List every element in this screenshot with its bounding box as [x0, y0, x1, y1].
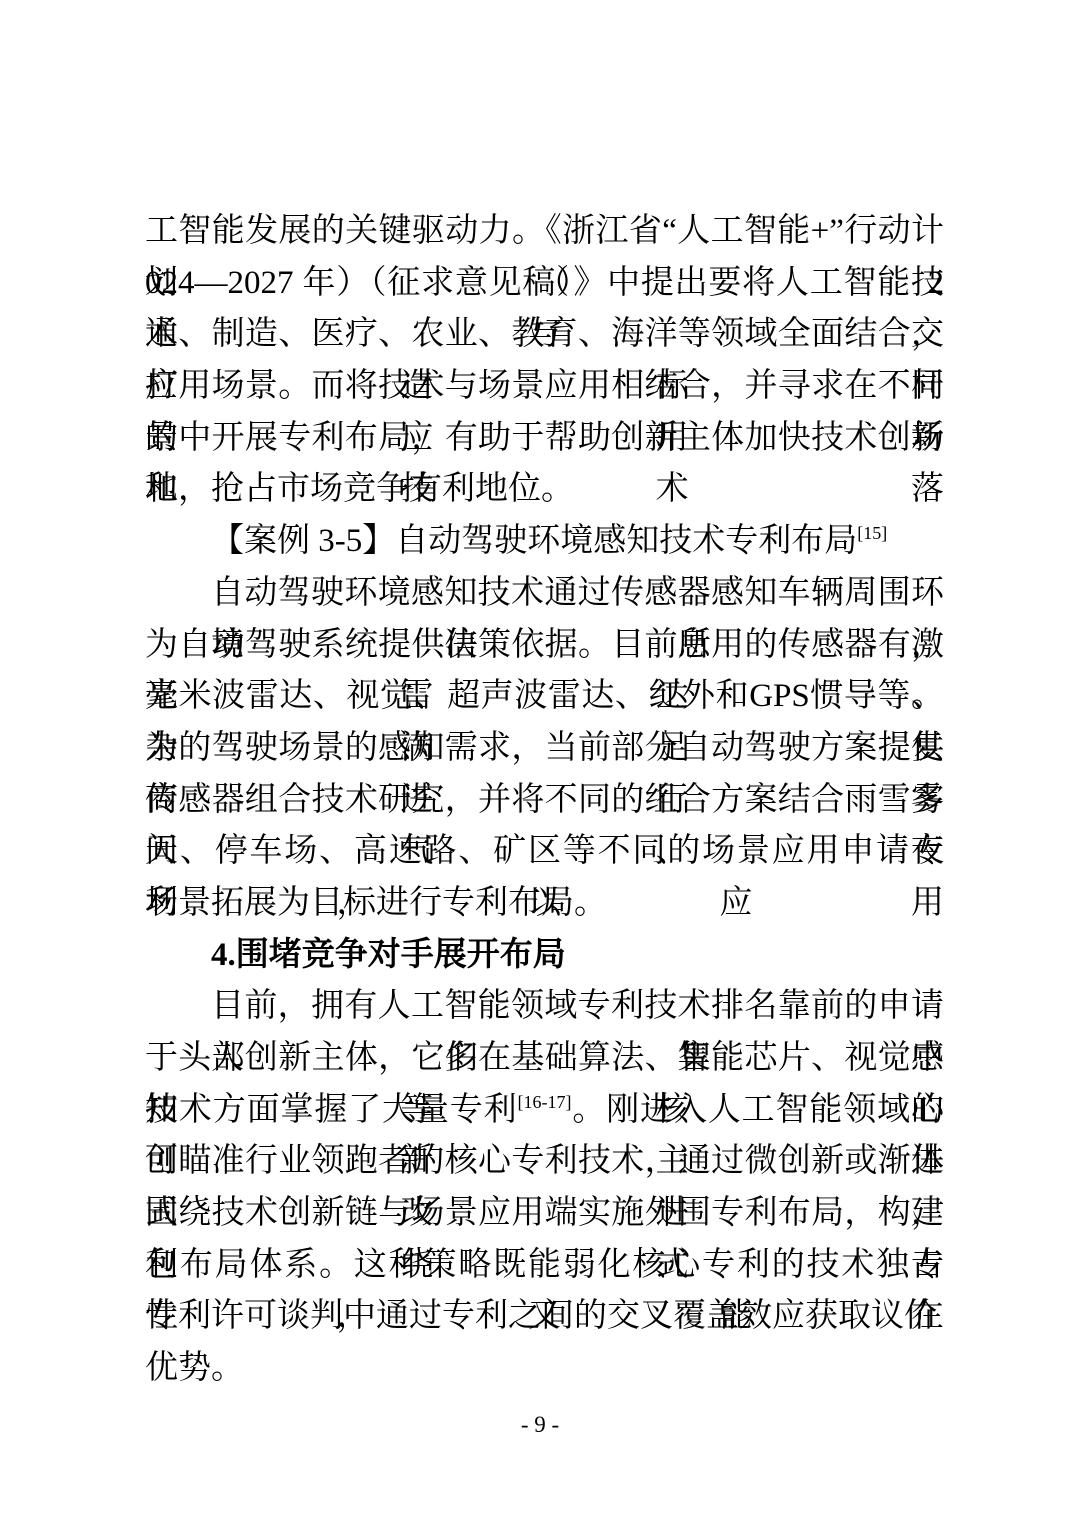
body-text-line: 工智能发展的关键驱动力。《浙江省“人工智能+”行动计划（2 [145, 206, 944, 258]
text-run: 专利许可谈判中通过专利之间的交叉覆盖效应获取议价优势。 [145, 1298, 937, 1386]
case-heading-line: 【案例 3-5】自动驾驶环境感知技术专利布局[15] [145, 516, 944, 568]
text-run: 4.围堵竞争对手展开布局 [211, 937, 566, 973]
citation-superscript: [16-17] [518, 1092, 572, 1112]
body-text-line: 技术方面掌握了大量专利[16-17]。刚进入人工智能领域的创新主体 [145, 1085, 944, 1137]
body-text-line: 景中开展专利布局，有助于帮助创新主体加快技术创新和技术落 [145, 413, 944, 465]
page-content: 工智能发展的关键驱动力。《浙江省“人工智能+”行动计划（2024—2027 年）… [145, 206, 944, 1343]
section-heading-line: 4.围堵竞争对手展开布局 [145, 930, 944, 982]
page-number: - 9 - [521, 1412, 559, 1437]
body-text-line: 可瞄准行业领跑者的核心专利技术，通过微创新或渐进式改进， [145, 1136, 944, 1188]
body-text-line: 专利许可谈判中通过专利之间的交叉覆盖效应获取议价优势。 [145, 1291, 944, 1343]
citation-superscript: [15] [857, 523, 887, 543]
case-text-line: 杂的驾驶场景的感知需求，当前部分自动驾驶方案提供商进行多 [145, 723, 944, 775]
case-text-line: 间、停车场、高速路、矿区等不同的场景应用申请专利，以应用 [145, 826, 944, 878]
body-text-line: 于头部创新主体，它们在基础算法、智能芯片、视觉感知等核心 [145, 1033, 944, 1085]
case-text-line: 毫米波雷达、视觉、超声波雷达、红外和GPS惯导等。为满足复 [145, 671, 944, 723]
case-text-line: 传感器组合技术研究，并将不同的组合方案结合雨雪雾天气、夜 [145, 775, 944, 827]
text-run: 技术方面掌握了大量专利 [145, 1092, 518, 1128]
text-run: 【案例 3-5】自动驾驶环境感知技术专利布局 [211, 523, 857, 559]
document-page: 工智能发展的关键驱动力。《浙江省“人工智能+”行动计划（2024—2027 年）… [0, 0, 1080, 1527]
case-text-line: 为自动驾驶系统提供决策依据。目前所用的传感器有激光雷达、 [145, 620, 944, 672]
case-text-line: 自动驾驶环境感知技术通过传感器感知车辆周围环境信息， [145, 568, 944, 620]
body-text-line: 围绕技术创新链与场景应用端实施外围专利布局，构建包绕式专 [145, 1188, 944, 1240]
body-text-line: 目前，拥有人工智能领域专利技术排名靠前的申请人多集中 [145, 981, 944, 1033]
text-run: 地，抢占市场竞争有利地位。 [145, 471, 574, 507]
text-run: 场景拓展为目标进行专利布局。 [145, 885, 607, 921]
body-text-line: 通、制造、医疗、农业、教育、海洋等领域全面结合，打造标杆 [145, 309, 944, 361]
body-text-line: 利布局体系。这种策略既能弱化核心专利的技术独占性，又能在 [145, 1240, 944, 1292]
body-text-line: 024—2027 年）（征求意见稿）》中提出要将人工智能技术与交 [145, 258, 944, 310]
page-footer: - 9 - [0, 1410, 1080, 1440]
body-text-line: 应用场景。而将技术与场景应用相结合，并寻求在不同的应用场 [145, 361, 944, 413]
